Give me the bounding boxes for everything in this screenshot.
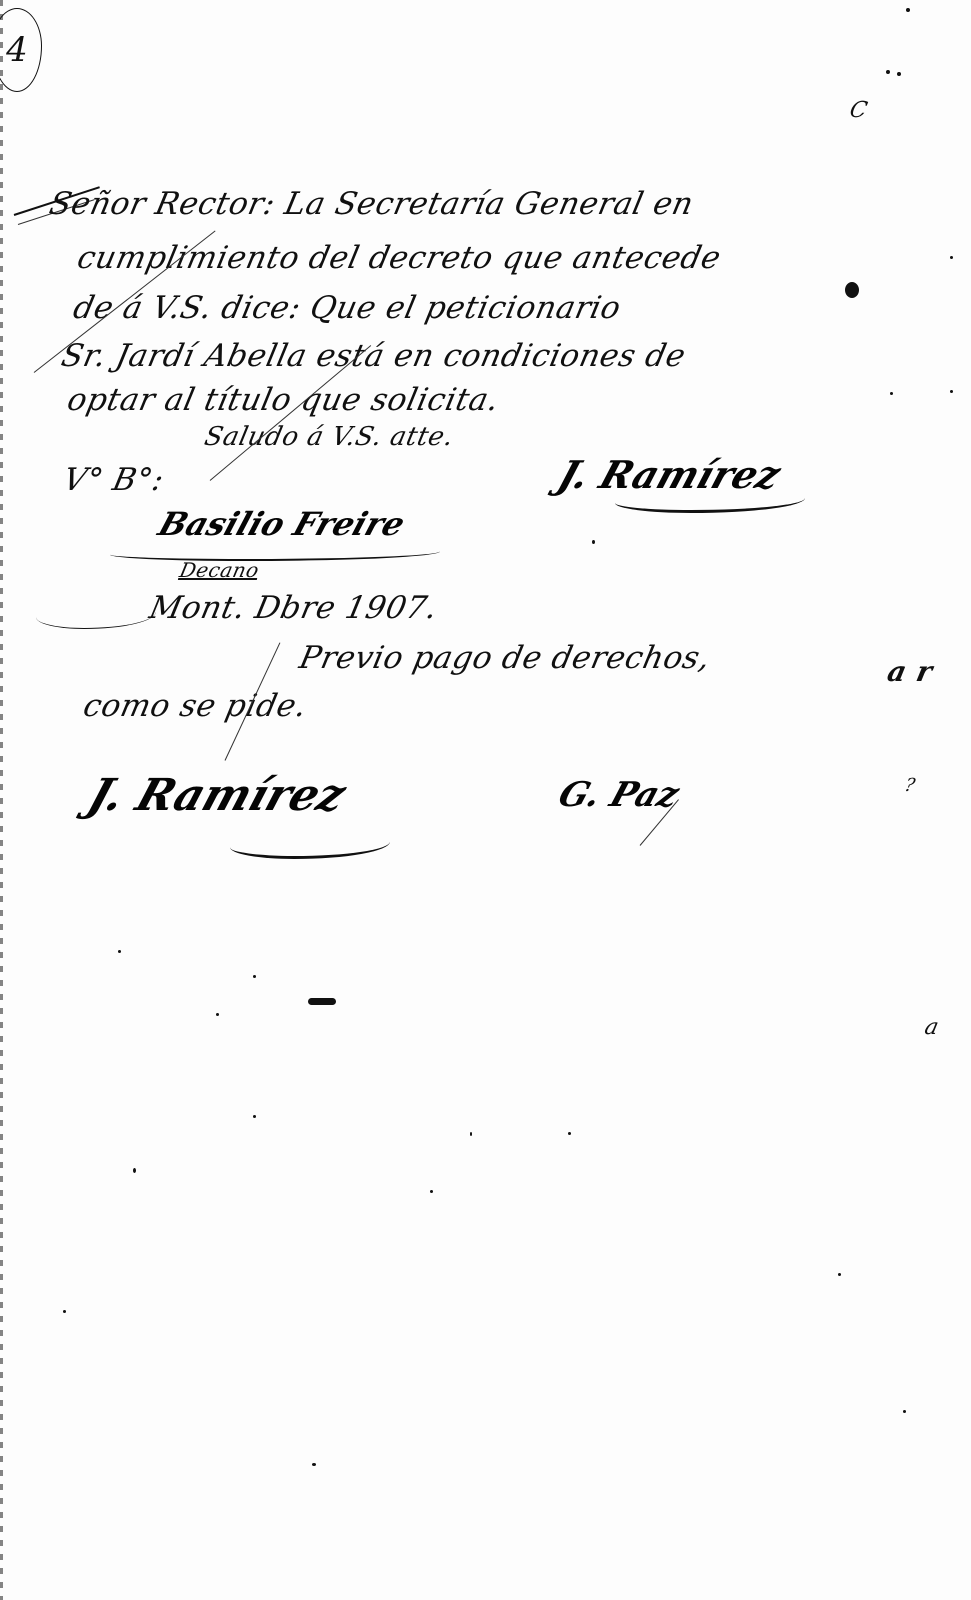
ink-speck <box>950 256 953 259</box>
resolution-line-2: como se pide. <box>80 688 310 724</box>
margin-mark: ? <box>903 775 918 796</box>
resolution-line-1: Previo pago de derechos, <box>296 640 713 676</box>
ink-speck <box>253 975 256 978</box>
approval-mark: V° B°: <box>60 462 167 498</box>
page-edge <box>0 0 3 1600</box>
ramirez-flourish <box>230 830 390 859</box>
ink-speck <box>63 1310 66 1313</box>
ink-speck <box>838 1273 841 1276</box>
signature-flourish <box>615 488 805 513</box>
body-line-3: de á V.S. dice: Que el peticionario <box>70 290 624 326</box>
body-line-5: optar al título que solicita. <box>64 382 502 418</box>
final-signature-ramirez: J. Ramírez <box>82 770 352 821</box>
ink-speck <box>312 1463 316 1466</box>
ink-speck <box>430 1190 433 1193</box>
dean-title: Decano <box>177 558 261 582</box>
margin-mark: a r <box>884 655 935 688</box>
ink-speck <box>216 1013 219 1016</box>
closing-line: Saludo á V.S. atte. <box>202 422 457 452</box>
ink-speck <box>592 540 595 544</box>
body-line-1: Señor Rector: La Secretaría General en <box>46 186 697 222</box>
ink-blot <box>308 998 336 1005</box>
ink-speck <box>118 950 121 953</box>
document-page: 4 Señor Rector: La Secretaría General en… <box>0 0 971 1600</box>
ink-speck <box>133 1168 136 1173</box>
date-flourish <box>36 600 156 629</box>
ink-speck <box>897 72 901 76</box>
final-signature-paz: G. Paz <box>554 775 684 815</box>
date-line: Mont. Dbre 1907. <box>146 590 441 626</box>
ink-speck <box>906 8 910 12</box>
dean-signature: Basilio Freire <box>154 505 410 543</box>
margin-mark: C <box>847 98 870 123</box>
ink-blot <box>845 282 859 298</box>
ink-speck <box>253 1115 256 1118</box>
margin-mark: a <box>922 1015 941 1040</box>
ink-speck <box>886 70 890 74</box>
body-line-4: Sr. Jardí Abella está en condiciones de <box>58 338 689 374</box>
dean-underline <box>110 545 440 561</box>
ink-speck <box>568 1132 571 1135</box>
ink-speck <box>950 390 953 393</box>
ink-speck <box>470 1132 472 1136</box>
body-line-2: cumplimiento del decreto que antecede <box>74 240 724 276</box>
folio-number: 4 <box>0 8 42 92</box>
ink-speck <box>903 1410 906 1413</box>
ink-speck <box>890 392 893 395</box>
